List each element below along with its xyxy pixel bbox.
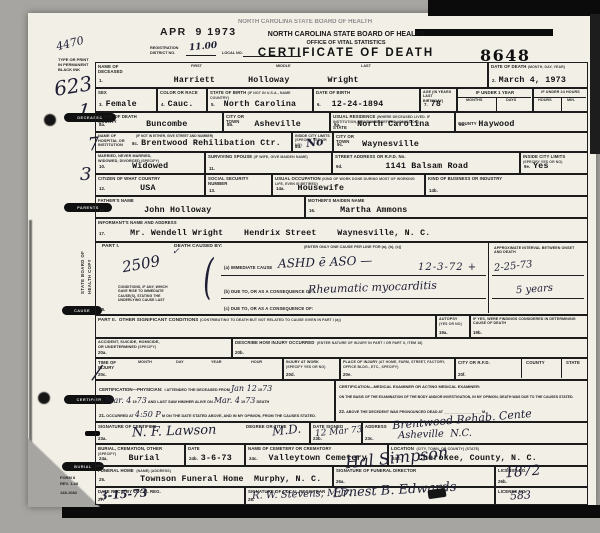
cause-immediate-date: 12-3-72 +: [418, 262, 477, 273]
field-citizen: CITIZEN OF WHAT COUNTRY 12.USA: [95, 174, 205, 196]
field-how-injury-occurred: DESCRIBE HOW INJURY OCCURRED (ENTER NATU…: [232, 338, 588, 358]
form-number-3: 148-1084: [60, 490, 77, 495]
section-certification-physician: CERTIFICATION—PHYSICIAN: I ATTENDED THE …: [95, 380, 335, 422]
field-informant: INFORMANT'S NAME AND ADDRESS 17.Mr. Wend…: [95, 218, 588, 242]
received-date-stamp: APR 9 1973: [160, 26, 237, 38]
scan-bottom-bar: [62, 505, 600, 518]
field-father-name: FATHER'S NAME 15.John Holloway: [95, 196, 305, 218]
field-industry: KIND OF BUSINESS OR INDUSTRY 14b.: [425, 174, 588, 196]
punch-hole-bottom: [38, 392, 50, 404]
punch-hole-top: [44, 114, 56, 126]
field-death-county: PLACE OF DEATHCOUNTY 8a.Buncombe: [95, 112, 223, 132]
divider: [561, 359, 562, 378]
cause-line-a-rule-interval: [492, 275, 584, 276]
attended-from-date: Jan 12: [231, 384, 257, 393]
field-race: COLOR OR RACE 4.Cauc.: [157, 88, 207, 112]
cause-immediate-interval: 2-25-73: [494, 259, 534, 274]
field-part2-conditions: PART II. OTHER SIGNIFICANT CONDITIONS (C…: [95, 315, 436, 338]
field-burial-date: DATE 24b.3-6-73: [185, 444, 245, 466]
attended-to-date: Mar. 4: [105, 396, 131, 405]
certifier-signature-value: N. F. Lawson: [132, 423, 217, 441]
scan-right-edge: [590, 14, 600, 154]
field-injury-location: CITY OR R.F.D. COUNTY STATE 20f.: [455, 358, 588, 380]
header-ghost-text: NORTH CAROLINA STATE BOARD OF HEALTH: [205, 19, 405, 25]
field-death-city: CITY OR TOWN 8b.Asheville: [223, 112, 330, 132]
field-accident-type: ACCIDENT, SUICIDE, HOMICIDE, OR UNDETERM…: [95, 338, 232, 358]
death-time: 4:50 P: [135, 410, 161, 419]
cause-line-a-rule: [221, 275, 486, 276]
form-number-1: FORM 8: [60, 475, 75, 480]
field-date-of-death: DATE OF DEATH (MONTH, DAY, YEAR) 2. Marc…: [488, 62, 588, 88]
margin-stroke-3: 3: [80, 164, 91, 185]
field-street-address: STREET ADDRESS OR R.F.D. No. 9d.1141 Bal…: [332, 152, 520, 174]
field-marital-status: MARRIED, NEVER MARRIED, WIDOWED, DIVORCE…: [95, 152, 205, 174]
registrar-license-value: 583: [510, 488, 532, 502]
inside-city-no-value: No: [305, 135, 324, 150]
field-funeral-home: FUNERAL HOME (NAME) (ADDRESS) 25.Townson…: [95, 466, 333, 487]
field-residence-city: CITY OR TOWN 9c.Waynesville: [333, 132, 588, 152]
field-occupation: USUAL OCCUPATION (KIND OF WORK DONE DURI…: [272, 174, 425, 196]
divider: [458, 97, 531, 98]
handwritten-brace: (: [203, 249, 213, 305]
paper-corner-cut: [28, 438, 100, 507]
field-age: AGE (IN YEARS LAST BIRTHDAY) 7.78: [420, 88, 457, 112]
margin-ink-instruction: TYPE OR PRINT IN PERMANENT BLACK INK: [58, 57, 92, 73]
field-sex: SEX 3.Female: [95, 88, 157, 112]
page-title: CERTIFICATE OF DEATH: [238, 47, 454, 59]
field-time-of-injury: TIME OF INJURY MONTH DAY YEAR HOUR 20c.: [95, 358, 283, 380]
field-date-of-birth: DATE OF BIRTH 6.12-24-1894: [313, 88, 420, 112]
divider: [534, 97, 586, 98]
handwritten-checkmark: ✓: [172, 247, 180, 257]
district-underline: [186, 55, 216, 56]
field-hospital: NAME OF HOSPITAL OR INSTITUTION (IF NOT …: [95, 132, 292, 152]
field-burial-type: BURIAL, CREMATION, OTHER(SPECIFY) 24a.Bu…: [95, 444, 185, 466]
cause-line-b-rule: [221, 298, 486, 299]
field-place-of-injury: PLACE OF INJURY (AT HOME, FARM, STREET, …: [340, 358, 455, 380]
interval-divider: [488, 243, 489, 313]
section-part1-cause: PART I. DEATH CAUSED BY: (ENTER ONLY ONE…: [95, 242, 588, 315]
copy-label: STATE BOARD OF HEALTH COPY: [80, 240, 94, 294]
header-office: OFFICE OF VITAL STATISTICS: [240, 40, 452, 46]
field-injury-at-work: INJURY AT WORK(SPECIFY YES OR NO) 20d.: [283, 358, 340, 380]
form-number-2: REV. 1-68: [60, 481, 78, 486]
field-residence-state: USUAL RESIDENCE (WHERE DECEASED LIVED. I…: [330, 112, 455, 132]
field-autopsy: AUTOPSY(YES OR NO) 19a.: [436, 315, 470, 338]
last-saw-date: Mar. 4: [214, 396, 240, 405]
field-under-24-hours: IF UNDER 24 HOURS HOURS MIN.: [533, 88, 588, 112]
field-mother-name: MOTHER'S MAIDEN NAME 16.Martha Ammons: [305, 196, 588, 218]
field-residence-county: COUNTY 9b.Haywood: [455, 112, 588, 132]
field-residence-inside-city: INSIDE CITY LIMITS(SPECIFY YES OR NO) 9e…: [520, 152, 588, 174]
header-board: NORTH CAROLINA STATE BOARD OF HEALTH: [240, 31, 452, 38]
field-ssn: SOCIAL SECURITY NUMBER 13.: [205, 174, 272, 196]
scanned-death-certificate: 4470 TYPE OR PRINT IN PERMANENT BLACK IN…: [0, 0, 600, 533]
divider: [496, 97, 497, 111]
divider: [521, 359, 522, 378]
field-name-of-deceased: NAME OF DECEASED FIRST MIDDLE LAST 1. Ha…: [95, 62, 488, 88]
field-autopsy-findings: IF YES, WERE FINDINGS CONSIDERED IN DETE…: [470, 315, 588, 338]
director-license-value: 1872: [504, 462, 541, 481]
registration-district-label: REGISTRATION DISTRICT NO.: [150, 46, 178, 56]
scan-black-corner: [428, 0, 600, 16]
field-state-of-birth: STATE OF BIRTH (IF NOT IN U.S.A., NAME C…: [207, 88, 313, 112]
cause-line-b-rule-interval: [492, 298, 584, 299]
handwritten-code-2509: 2509: [121, 252, 162, 276]
divider: [561, 97, 562, 111]
field-surviving-spouse: SURVIVING SPOUSE (IF WIFE, GIVE MAIDEN N…: [205, 152, 332, 174]
field-under-1-year: IF UNDER 1 YEAR MONTHS DAYS: [457, 88, 533, 112]
